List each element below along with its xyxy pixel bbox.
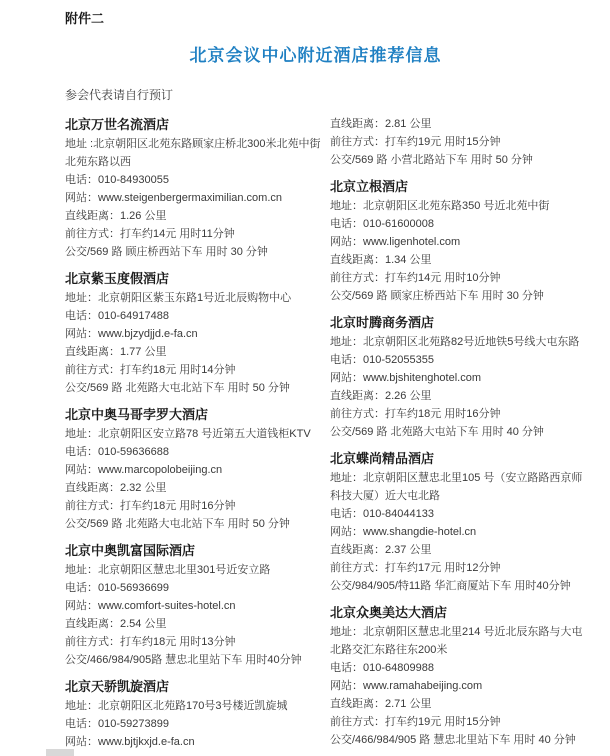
info-line: 地址：北京朝阳区慧忠北里301号近安立路 <box>65 561 320 579</box>
info-line: 公交/569 路 小营北路站下车 用时 50 分钟 <box>330 151 585 169</box>
info-line: 电话：010-59273899 <box>65 715 320 733</box>
hotel-name: 北京众奥美达大酒店 <box>330 603 585 623</box>
info-line: 前往方式：打车约14元 用时10分钟 <box>330 269 585 287</box>
hotel-name: 北京万世名流酒店 <box>65 115 320 135</box>
info-line: 地址：北京朝阳区北苑路82号近地铁5号线大屯东路 <box>330 333 585 351</box>
hotels-left-column: 北京万世名流酒店地址 :北京朝阳区北苑东路顾家庄桥北300米北苑中街北苑东路以西… <box>65 115 320 751</box>
info-line: 直线距离：2.81 公里 <box>330 115 585 133</box>
info-line: 直线距离：2.54 公里 <box>65 615 320 633</box>
info-line: 公交/569 路 顾家庄桥西站下车 用时 30 分钟 <box>330 287 585 305</box>
hotel-name: 北京紫玉度假酒店 <box>65 269 320 289</box>
info-line: 网站：www.bjshitenghotel.com <box>330 369 585 387</box>
info-line: 前往方式：打车约17元 用时12分钟 <box>330 559 585 577</box>
info-line: 网站：www.steigenbergermaximilian.com.cn <box>65 189 320 207</box>
info-line: 网站：www.ramahabeijing.com <box>330 677 585 695</box>
info-line: 公交/466/984/905路 慧忠北里站下车 用时40分钟 <box>65 651 320 669</box>
info-line: 电话：010-59636688 <box>65 443 320 461</box>
booking-note: 参会代表请自行预订 <box>65 86 566 103</box>
info-line: 公交/466/984/905 路 慧忠北里站下车 用时 40 分钟 <box>330 731 585 749</box>
info-line: 科技大厦）近大屯北路 <box>330 487 585 505</box>
hotel-name: 北京时腾商务酒店 <box>330 313 585 333</box>
hotel-columns: 北京万世名流酒店地址 :北京朝阳区北苑东路顾家庄桥北300米北苑中街北苑东路以西… <box>65 115 566 751</box>
info-line: 地址：北京朝阳区紫玉东路1号近北辰购物中心 <box>65 289 320 307</box>
info-line: 电话：010-56936699 <box>65 579 320 597</box>
info-line: 直线距离：1.34 公里 <box>330 251 585 269</box>
hotel-block: 北京天骄凯旋酒店地址：北京朝阳区北苑路170号3号楼近凯旋城电话：010-592… <box>65 677 320 751</box>
hotel-block: 北京中奥凯富国际酒店地址：北京朝阳区慧忠北里301号近安立路电话：010-569… <box>65 541 320 669</box>
info-line: 网站：www.bjtjkxjd.e-fa.cn <box>65 733 320 751</box>
info-line: 前往方式：打车约18元 用时16分钟 <box>65 497 320 515</box>
bottom-edge-artifact <box>46 749 74 756</box>
info-line: 公交/569 路 北苑路大屯北站下车 用时 50 分钟 <box>65 379 320 397</box>
hotel-block: 直线距离：2.81 公里前往方式：打车约19元 用时15分钟公交/569 路 小… <box>330 115 585 169</box>
hotels-right-column: 直线距离：2.81 公里前往方式：打车约19元 用时15分钟公交/569 路 小… <box>330 115 585 749</box>
hotel-block: 北京蝶尚精品酒店地址：北京朝阳区慧忠北里105 号（安立路路西京师科技大厦）近大… <box>330 449 585 595</box>
hotel-name: 北京蝶尚精品酒店 <box>330 449 585 469</box>
info-line: 电话：010-84044133 <box>330 505 585 523</box>
hotel-name: 北京天骄凯旋酒店 <box>65 677 320 697</box>
hotel-block: 北京紫玉度假酒店地址：北京朝阳区紫玉东路1号近北辰购物中心电话：010-6491… <box>65 269 320 397</box>
info-line: 北路交汇东路往东200米 <box>330 641 585 659</box>
info-line: 直线距离：2.71 公里 <box>330 695 585 713</box>
info-line: 电话：010-52055355 <box>330 351 585 369</box>
info-line: 前往方式：打车约19元 用时15分钟 <box>330 713 585 731</box>
hotel-name: 北京中奥凯富国际酒店 <box>65 541 320 561</box>
info-line: 前往方式：打车约19元 用时15分钟 <box>330 133 585 151</box>
hotel-block: 北京时腾商务酒店地址：北京朝阳区北苑路82号近地铁5号线大屯东路电话：010-5… <box>330 313 585 441</box>
info-line: 电话：010-84930055 <box>65 171 320 189</box>
info-line: 直线距离：2.26 公里 <box>330 387 585 405</box>
info-line: 直线距离：1.26 公里 <box>65 207 320 225</box>
info-line: 电话：010-64809988 <box>330 659 585 677</box>
info-line: 地址：北京朝阳区安立路78 号近第五大道钱柜KTV <box>65 425 320 443</box>
info-line: 前往方式：打车约14元 用时11分钟 <box>65 225 320 243</box>
info-line: 前往方式：打车约18元 用时14分钟 <box>65 361 320 379</box>
info-line: 电话：010-61600008 <box>330 215 585 233</box>
attachment-label: 附件二 <box>65 8 566 27</box>
info-line: 网站：www.marcopolobeijing.cn <box>65 461 320 479</box>
hotel-name: 北京立根酒店 <box>330 177 585 197</box>
info-line: 地址：北京朝阳区慧忠北里214 号近北辰东路与大屯 <box>330 623 585 641</box>
info-line: 网站：www.ligenhotel.com <box>330 233 585 251</box>
info-line: 地址：北京朝阳区慧忠北里105 号（安立路路西京师 <box>330 469 585 487</box>
info-line: 网站：www.shangdie-hotel.cn <box>330 523 585 541</box>
info-line: 公交/569 路 北苑路大屯北站下车 用时 50 分钟 <box>65 515 320 533</box>
info-line: 网站：www.comfort-suites-hotel.cn <box>65 597 320 615</box>
info-line: 前往方式：打车约18元 用时16分钟 <box>330 405 585 423</box>
info-line: 地址：北京朝阳区北苑路170号3号楼近凯旋城 <box>65 697 320 715</box>
hotel-block: 北京众奥美达大酒店地址：北京朝阳区慧忠北里214 号近北辰东路与大屯北路交汇东路… <box>330 603 585 749</box>
info-line: 直线距离：2.37 公里 <box>330 541 585 559</box>
info-line: 电话：010-64917488 <box>65 307 320 325</box>
document-page: 附件二 北京会议中心附近酒店推荐信息 参会代表请自行预订 北京万世名流酒店地址 … <box>0 0 610 756</box>
info-line: 地址 :北京朝阳区北苑东路顾家庄桥北300米北苑中街 <box>65 135 320 153</box>
hotel-block: 北京立根酒店地址：北京朝阳区北苑东路350 号近北苑中街电话：010-61600… <box>330 177 585 305</box>
info-line: 直线距离：1.77 公里 <box>65 343 320 361</box>
info-line: 公交/569 路 顾庄桥西站下车 用时 30 分钟 <box>65 243 320 261</box>
info-line: 北苑东路以西 <box>65 153 320 171</box>
hotel-name: 北京中奥马哥孛罗大酒店 <box>65 405 320 425</box>
info-line: 公交/984/905/特11路 华汇商厦站下车 用时40分钟 <box>330 577 585 595</box>
info-line: 前往方式：打车约18元 用时13分钟 <box>65 633 320 651</box>
info-line: 地址：北京朝阳区北苑东路350 号近北苑中街 <box>330 197 585 215</box>
hotel-block: 北京万世名流酒店地址 :北京朝阳区北苑东路顾家庄桥北300米北苑中街北苑东路以西… <box>65 115 320 261</box>
hotel-block: 北京中奥马哥孛罗大酒店地址：北京朝阳区安立路78 号近第五大道钱柜KTV电话：0… <box>65 405 320 533</box>
info-line: 网站：www.bjzydjjd.e-fa.cn <box>65 325 320 343</box>
info-line: 公交/569 路 北苑路大屯站下车 用时 40 分钟 <box>330 423 585 441</box>
info-line: 直线距离：2.32 公里 <box>65 479 320 497</box>
document-title: 北京会议中心附近酒店推荐信息 <box>65 41 566 66</box>
